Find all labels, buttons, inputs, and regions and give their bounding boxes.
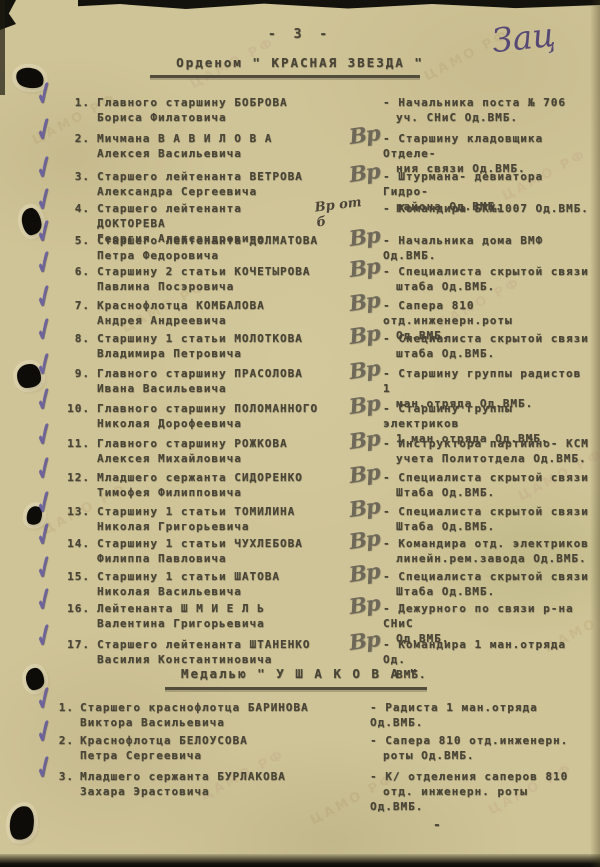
award-entry: ✓2.Мичмана В А В И Л О В ААлексея Василь… [0, 131, 600, 163]
pencil-mark-vr: Вр [348, 563, 380, 582]
scanned-award-document: ЦАМО РФ ЦАМО РФ ЦАМО РФ ЦАМО РФ ЦАМО РФ … [0, 0, 600, 867]
award-entry: ✓2.Краснофлотца БЕЛОУСОВАПетра Сергеевич… [0, 733, 600, 765]
scan-edge-left [0, 0, 5, 95]
pencil-mark-vr: Вр [348, 292, 380, 311]
entry-given-name: Александра Сергеевича [97, 185, 257, 198]
entry-position-line1: - Радиста 1 ман.отряда Од.ВМБ. [370, 701, 538, 729]
scan-edge-top [0, 0, 600, 9]
entry-given-name: Петра Сергеевича [80, 749, 202, 762]
entry-rank-name: Старшину 2 статьи КОЧЕТЫРОВА [97, 264, 310, 279]
checkmark-icon: ✓ [34, 491, 56, 515]
title-underline [150, 75, 420, 78]
entry-given-name: Валентина Григорьевича [97, 617, 265, 630]
award-entry: ✓16.Лейтенанта Ш М И Е Л ЬВалентина Григ… [0, 601, 600, 633]
entry-rank-name: Младшего сержанта СИДОРЕНКО [97, 470, 303, 485]
entry-position-line1: - Командира 1 ман.отряда Од. [383, 638, 566, 666]
entry-rank-name: Старшего лейтенанта ШТАНЕНКО [97, 637, 310, 652]
entry-given-name: Филиппа Павловича [97, 552, 227, 565]
checkmark-icon: ✓ [34, 251, 56, 275]
checkmark-icon: ✓ [34, 457, 56, 481]
entry-given-name: Захара Эрастовича [80, 785, 210, 798]
checkmark-icon: ✓ [34, 118, 56, 142]
checkmark-icon: ✓ [34, 285, 56, 309]
entry-given-name: Петра Федоровича [97, 249, 219, 262]
entry-position-line2: Штаба Од.ВМБ. [383, 486, 495, 499]
paper-hole [7, 804, 37, 842]
award-entry: ✓3.Старшего лейтенанта ВЕТРОВААлександра… [0, 169, 600, 201]
checkmark-icon: ✓ [34, 188, 56, 212]
entry-given-name: Николая Васильевича [97, 585, 242, 598]
entry-given-name: Владимира Петровича [97, 347, 242, 360]
entry-rank-name: Краснофлотца БЕЛОУСОВА [80, 733, 248, 748]
entry-rank-name: Главного старшину ПОЛОМАННОГО [97, 401, 318, 416]
entry-position-line1: - Сапера 810 отд.инженерн. [370, 734, 568, 747]
checkmark-icon: ✓ [34, 624, 56, 648]
pencil-mark-vr: Вр [348, 430, 380, 449]
entry-position-line1: - Инструктора партийно- КСМ [383, 437, 589, 450]
entry-number: 16. [56, 601, 90, 616]
entry-rank-name: Старшего лейтенанта ДОЛМАТОВА [97, 233, 318, 248]
scan-edge-bottom [0, 854, 600, 867]
checkmark-icon: ✓ [34, 388, 56, 412]
entry-number: 1. [56, 95, 90, 110]
entry-position-line2: штаба Од.ВМБ. [383, 280, 495, 293]
entry-given-name: Николая Дорофеевича [97, 417, 242, 430]
entry-position-line1: - Старшину кладовщика Отделе- [383, 132, 543, 160]
entry-position-line1: - Командира отд. электриков [383, 537, 589, 550]
checkmark-icon: ✓ [34, 588, 56, 612]
checkmark-icon: ✓ [34, 318, 56, 342]
entry-position-line1: - Специалиста скрытой связи [383, 471, 589, 484]
entry-given-name: Бориса Филатовича [97, 111, 227, 124]
entry-position-line1: - Дежурного по связи р-на СНиС [383, 602, 574, 630]
pencil-mark-vr: Вр [348, 163, 380, 182]
award-entry: ✓6.Старшину 2 статьи КОЧЕТЫРОВАПавлина П… [0, 264, 600, 296]
award-entry: ✓13.Старшину 1 статьи ТОМИЛИНАНиколая Гр… [0, 504, 600, 536]
entry-given-name: Алексея Васильевича [97, 147, 242, 160]
checkmark-icon: ✓ [34, 220, 56, 244]
pencil-mark-vr: Вр [348, 360, 380, 379]
title-underline [165, 687, 427, 690]
entry-position-line2: уч. СНиС Од.ВМБ. [383, 111, 518, 124]
entry-rank-name: Старшего лейтенанта ДОКТОРЕВА [97, 201, 310, 231]
entry-number: 13. [56, 504, 90, 519]
award-entry: ✓3.Младшего сержанта БУРЛАКОВАЗахара Эра… [0, 769, 600, 801]
entry-number: 8. [56, 331, 90, 346]
entry-position-line1: - Старшину группы электриков [383, 402, 513, 430]
entry-number: 12. [56, 470, 90, 485]
entry-position-line1: - Старшину группы радистов 1 [383, 367, 581, 395]
award-entry: ✓11.Главного старшину РОЖКОВААлексея Мих… [0, 436, 600, 468]
award-entry: ✓7.Краснофлотца КОМБАЛОВААндрея Андрееви… [0, 298, 600, 330]
entry-position-line1: - Штурмана- девиатора Гидро- [383, 170, 543, 198]
award-entry: ✓5.Старшего лейтенанта ДОЛМАТОВАПетра Фе… [0, 233, 600, 265]
pencil-mark-vr: Вр [348, 595, 380, 614]
entry-given-name: Андрея Андреевича [97, 314, 227, 327]
checkmark-icon: ✓ [34, 423, 56, 447]
handwritten-annotation: Зац [490, 15, 557, 60]
entry-number: 3. [56, 169, 90, 184]
entry-number: 6. [56, 264, 90, 279]
pencil-mark-vr: Вр [348, 325, 380, 344]
entry-number: 2. [56, 131, 90, 146]
award-entry: ✓17.Старшего лейтенанта ШТАНЕНКОВасилия … [0, 637, 600, 669]
award-entry: ✓8.Старшину 1 статьи МОЛОТКОВАВладимира … [0, 331, 600, 363]
pencil-mark-vr: Вр [348, 464, 380, 483]
entry-position-line1: - Специалиста скрытой связи [383, 265, 589, 278]
entry-position-line2: Штаба Од.ВМБ. [383, 520, 495, 533]
award-entry: ✓15.Старшину 1 статьи ШАТОВАНиколая Васи… [0, 569, 600, 601]
section-title-medal-ushakova: Медалью " У Ш А К О В А " [0, 666, 600, 681]
entry-number: 10. [56, 401, 90, 416]
award-entry: ✓14.Старшину 1 статьи ЧУХЛЕБОВАФилиппа П… [0, 536, 600, 568]
pencil-mark-vr: Вр [348, 498, 380, 517]
entry-position-line2: Штаба Од.ВМБ. [383, 585, 495, 598]
entry-position-line1: - Начальника поста № 706 [383, 96, 566, 109]
checkmark-icon: ✓ [34, 523, 56, 547]
pencil-mark-vr: Вр [348, 631, 380, 650]
entry-given-name: Виктора Васильевича [80, 716, 225, 729]
entry-rank-name: Лейтенанта Ш М И Е Л Ь [97, 601, 265, 616]
entry-rank-name: Главного старшину ПРАСОЛОВА [97, 366, 303, 381]
award-entry: ✓12.Младшего сержанта СИДОРЕНКОТимофея Ф… [0, 470, 600, 502]
pencil-mark-vr: Вр [348, 258, 380, 277]
entry-position-line1: - Сапера 810 отд.инженерн.роты [383, 299, 513, 327]
entry-given-name: Тимофея Филипповича [97, 486, 242, 499]
entry-rank-name: Мичмана В А В И Л О В А [97, 131, 272, 146]
pencil-mark-vr: Вр [348, 530, 380, 549]
entry-rank-name: Старшего краснофлотца БАРИНОВА [80, 700, 309, 715]
entry-number: 11. [56, 436, 90, 451]
entry-position-line2: учета Политотдела Од.ВМБ. [383, 452, 587, 465]
entry-given-name: Николая Григорьевича [97, 520, 249, 533]
entry-position-line1: - Специалиста скрытой связи [383, 332, 589, 345]
pencil-mark-vr: Вр [348, 227, 380, 246]
entry-number: 9. [56, 366, 90, 381]
entry-rank-name: Главного старшину РОЖКОВА [97, 436, 288, 451]
checkmark-icon: ✓ [34, 353, 56, 377]
entry-rank-name: Старшего лейтенанта ВЕТРОВА [97, 169, 303, 184]
entry-position-line2: штаба Од.ВМБ. [383, 347, 495, 360]
award-entry: ✓9.Главного старшину ПРАСОЛОВАИвана Васи… [0, 366, 600, 398]
entry-number: 3. [46, 769, 74, 784]
entry-position-line1: - Специалиста скрытой связи [383, 570, 589, 583]
award-entry: ✓1.Старшего краснофлотца БАРИНОВАВиктора… [0, 700, 600, 732]
pencil-mark-vr: Вр [348, 125, 380, 144]
award-entry: ✓10.Главного старшину ПОЛОМАННОГОНиколая… [0, 401, 600, 433]
checkmark-icon: ✓ [34, 156, 56, 180]
entry-position-line1: - К/ отделения саперов 810 [370, 770, 568, 783]
entry-given-name: Павлина Посэровича [97, 280, 234, 293]
entry-position-line1: - Начальника дома ВМФ Од.ВМБ. [383, 234, 543, 262]
entry-number: 7. [56, 298, 90, 313]
entry-given-name: Ивана Васильевича [97, 382, 227, 395]
entry-number: 4. [56, 201, 90, 216]
checkmark-icon: ✓ [34, 82, 56, 106]
entry-position-line1: - Специалиста скрытой связи [383, 505, 589, 518]
entry-rank-name: Краснофлотца КОМБАЛОВА [97, 298, 265, 313]
entry-number: 2. [46, 733, 74, 748]
entry-position-line2 [383, 217, 396, 230]
entry-number: 17. [56, 637, 90, 652]
entry-number: 5. [56, 233, 90, 248]
pencil-mark-vr: Вр [348, 395, 380, 414]
entry-rank-name: Старшину 1 статьи ЧУХЛЕБОВА [97, 536, 303, 551]
entry-rank-name: Старшину 1 статьи ШАТОВА [97, 569, 280, 584]
entry-rank-name: Главного старшину БОБРОВА [97, 95, 288, 110]
stray-pen-mark: - [433, 818, 442, 833]
entry-position-line2: отд. инженерн. роты Од.ВМБ. [370, 785, 528, 813]
entry-number: 14. [56, 536, 90, 551]
entry-rank-name: Старшину 1 статьи ТОМИЛИНА [97, 504, 295, 519]
entry-number: 15. [56, 569, 90, 584]
award-entry: ✓1.Главного старшину БОБРОВАБориса Филат… [0, 95, 600, 127]
section-title-order-red-star: Орденом " КРАСНАЯ ЗВЕЗДА " [0, 55, 600, 70]
entry-position-line2: линейн.рем.завода Од.ВМБ. [383, 552, 587, 565]
entry-position-line2: роты Од.ВМБ. [370, 749, 474, 762]
award-entry: ✓4.Старшего лейтенанта ДОКТОРЕВАВр от бГ… [0, 201, 600, 233]
entry-position-line1: - Командира БК№1007 Од.ВМБ. [383, 202, 589, 215]
entry-given-name: Алексея Михайловича [97, 452, 242, 465]
checkmark-icon: ✓ [34, 556, 56, 580]
entry-rank-name: Младшего сержанта БУРЛАКОВА [80, 769, 286, 784]
entry-rank-name: Старшину 1 статьи МОЛОТКОВА [97, 331, 303, 346]
entry-given-name: Василия Константиновича [97, 653, 272, 666]
